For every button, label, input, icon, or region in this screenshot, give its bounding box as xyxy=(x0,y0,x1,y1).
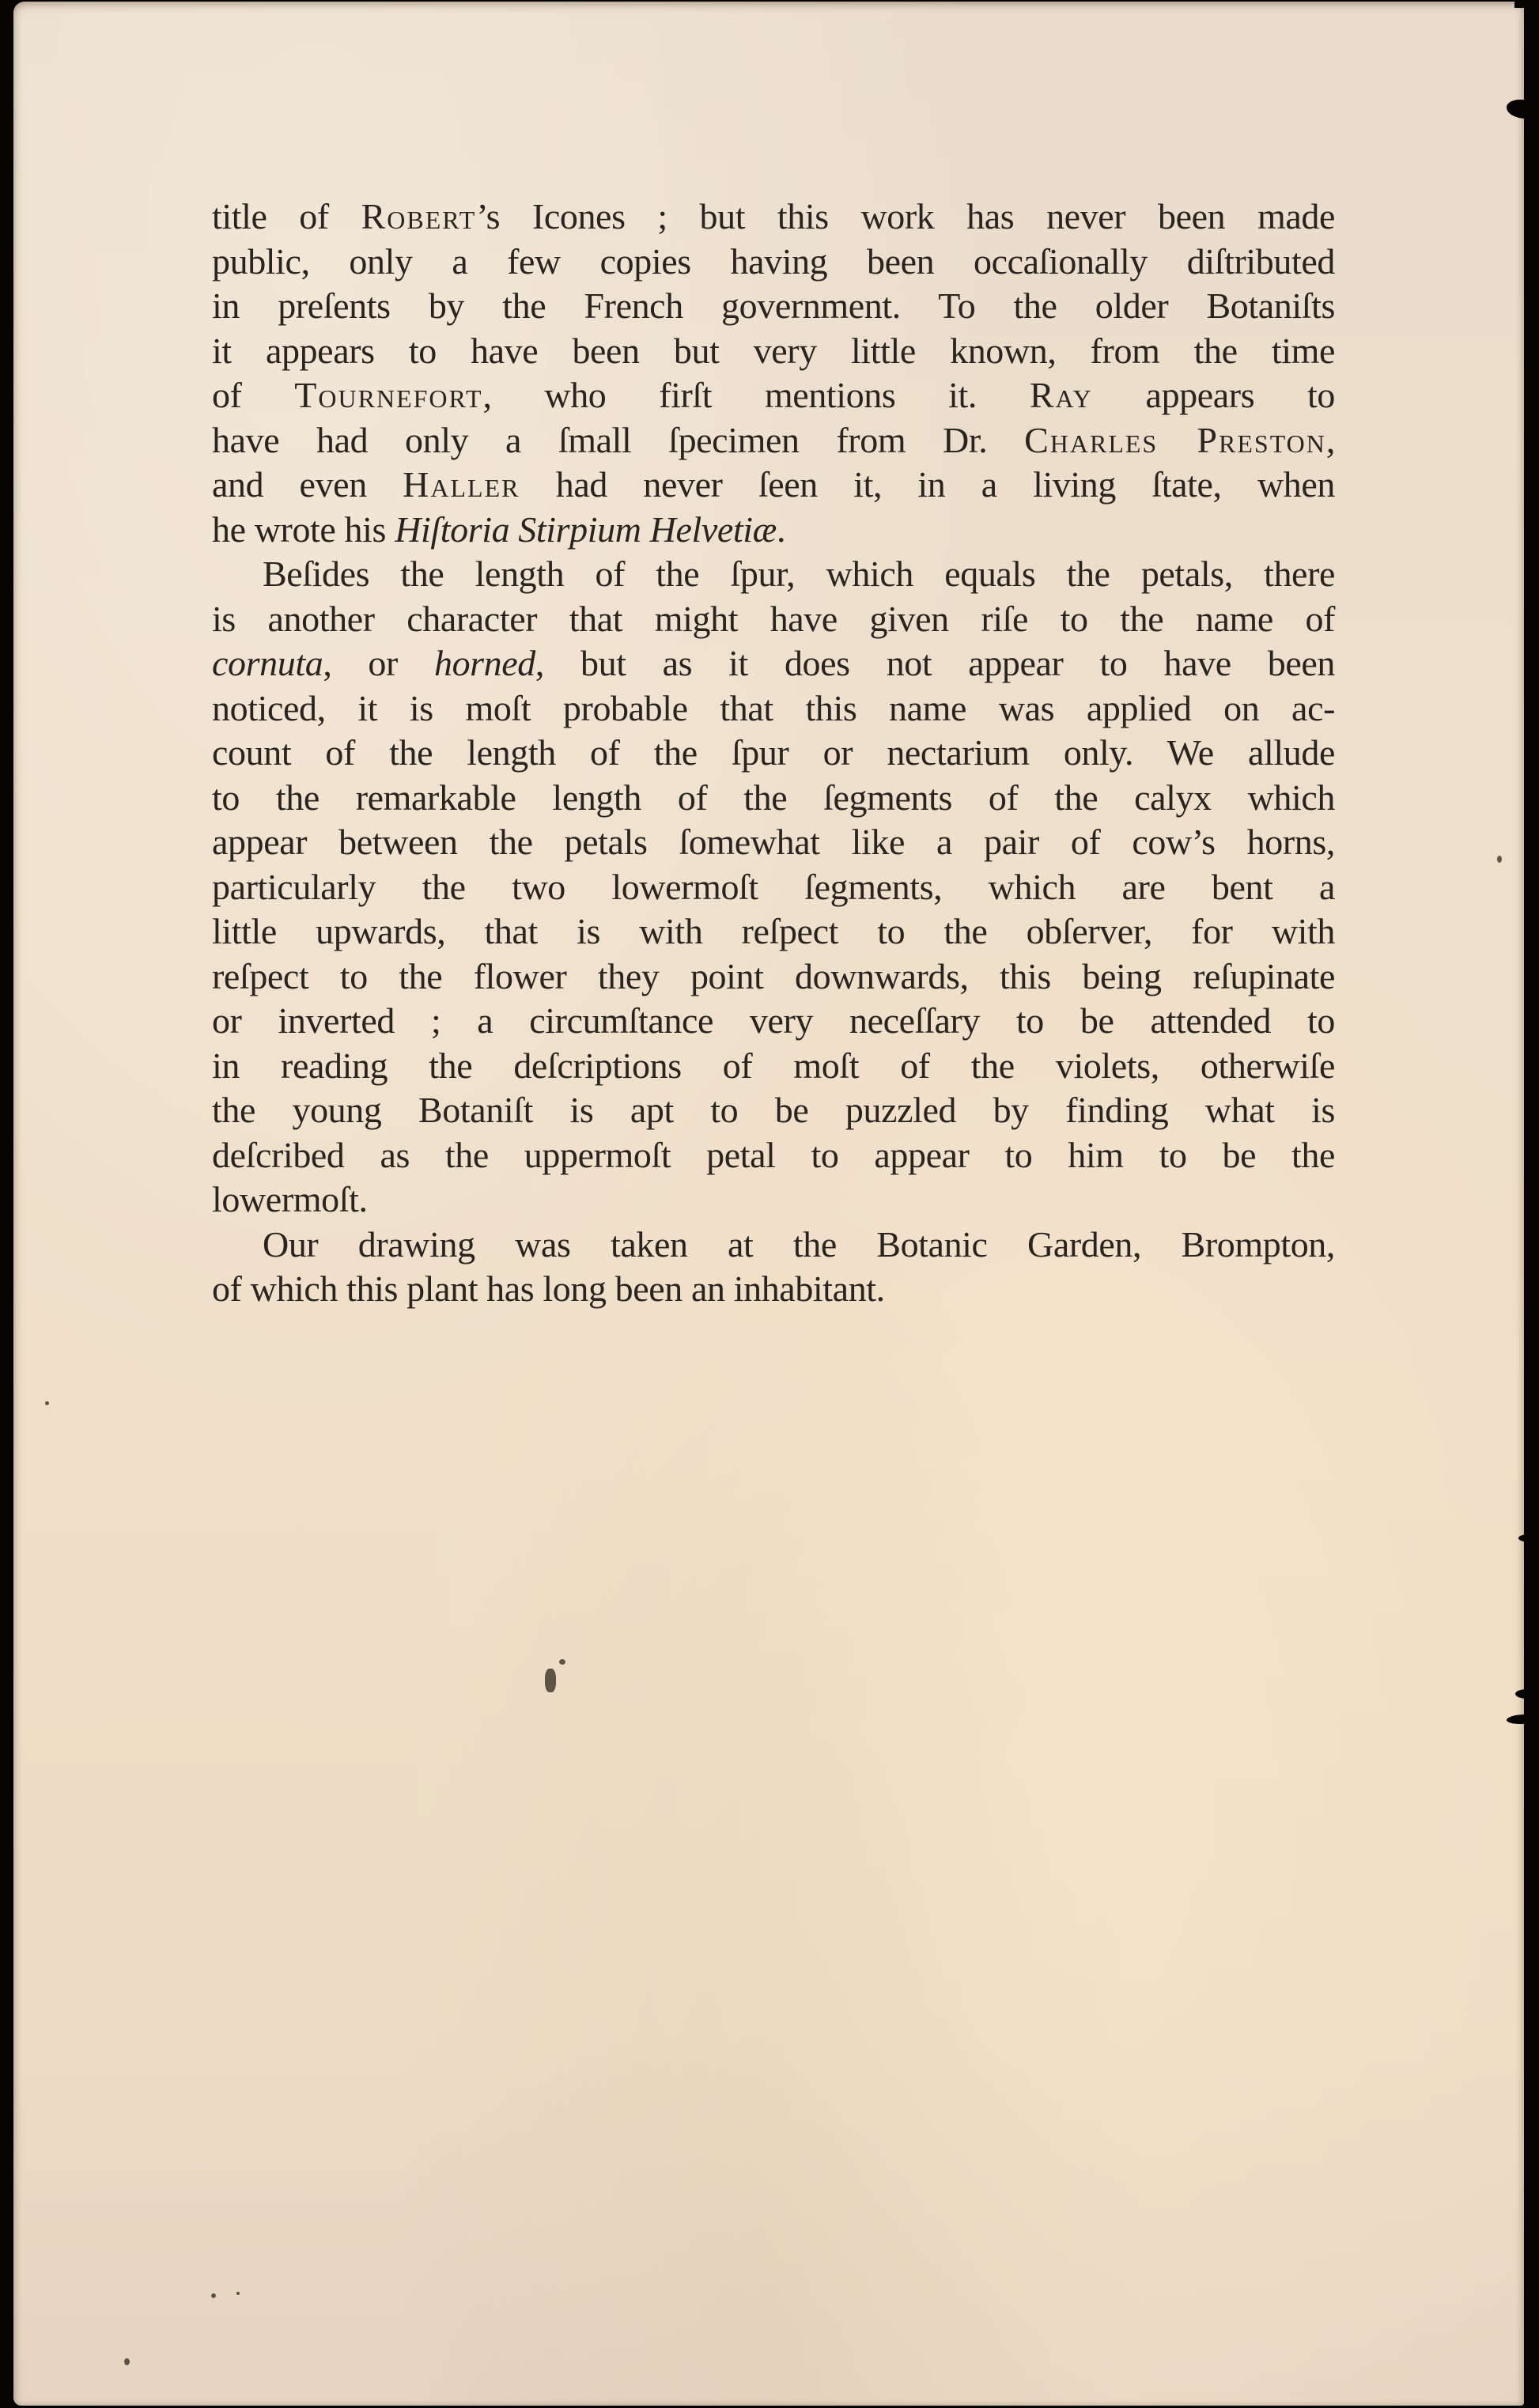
text-run: of xyxy=(212,375,294,415)
edge-tear xyxy=(1507,1714,1539,1724)
text-line: it appears to have been but very little … xyxy=(212,329,1335,374)
edge-tear xyxy=(1514,0,1539,8)
text-run: little upwards, that is with reſpect to … xyxy=(212,911,1335,951)
text-line: little upwards, that is with reſpect to … xyxy=(212,909,1335,955)
text-run: or inverted ; a circumſtance very neceſſ… xyxy=(212,1000,1335,1041)
text-line: appear between the petals ſomewhat like … xyxy=(212,820,1335,865)
ink-speck xyxy=(1497,856,1502,863)
text-run: particularly the two lowermoſt ſegments,… xyxy=(212,867,1335,907)
text-run: , or xyxy=(323,643,434,683)
text-run: Beſides the length of the ſpur, which eq… xyxy=(263,554,1335,594)
text-line: is another character that might have giv… xyxy=(212,597,1335,642)
text-line: to the remarkable length of the ſegments… xyxy=(212,776,1335,821)
italic-term: Hiſtoria Stirpium Helvetiæ xyxy=(395,509,777,550)
text-line: deſcribed as the uppermoſt petal to appe… xyxy=(212,1133,1335,1178)
text-run: count of the length of the ſpur or necta… xyxy=(212,732,1335,773)
small-caps-name: Ray xyxy=(1030,375,1093,415)
text-line: of Tournefort, who firſt mentions it. Ra… xyxy=(212,373,1335,418)
ink-blemish xyxy=(545,1669,556,1692)
text-run: and even xyxy=(212,464,403,505)
ink-speck xyxy=(559,1659,565,1665)
text-run: , xyxy=(1326,420,1335,460)
text-line: count of the length of the ſpur or necta… xyxy=(212,731,1335,776)
text-line: reſpect to the flower they point downwar… xyxy=(212,955,1335,1000)
text-run: noticed, it is moſt probable that this n… xyxy=(212,688,1335,728)
text-line: in reading the deſcriptions of moſt of t… xyxy=(212,1044,1335,1089)
text-run: he wrote his xyxy=(212,509,395,550)
edge-tear xyxy=(1515,1689,1539,1699)
ink-speck xyxy=(236,2292,240,2295)
ink-speck xyxy=(45,1401,49,1405)
text-run: the young Botaniſt is apt to be puzzled … xyxy=(212,1090,1335,1130)
text-run: deſcribed as the uppermoſt petal to appe… xyxy=(212,1135,1335,1175)
small-caps-name: Tournefort xyxy=(294,375,482,415)
text-line: the young Botaniſt is apt to be puzzled … xyxy=(212,1088,1335,1133)
small-caps-name: Robert xyxy=(361,196,477,236)
text-run: in preſents by the French government. To… xyxy=(212,285,1335,326)
text-run: ’s Icones ; but this work has never been… xyxy=(476,196,1335,236)
paragraph: Beſides the length of the ſpur, which eq… xyxy=(212,552,1335,1223)
edge-tear xyxy=(1518,1534,1539,1542)
text-run: of which this plant has long been an inh… xyxy=(212,1268,885,1309)
text-run: in reading the deſcriptions of moſt of t… xyxy=(212,1045,1335,1086)
edge-tear xyxy=(1528,1866,1539,1898)
text-run: have had only a ſmall ſpecimen from Dr. xyxy=(212,420,1024,460)
paragraph: title of Robert’s Icones ; but this work… xyxy=(212,195,1335,552)
text-line: Our drawing was taken at the Botanic Gar… xyxy=(212,1223,1335,1268)
text-run: title of xyxy=(212,196,361,236)
text-line: or inverted ; a circumſtance very neceſſ… xyxy=(212,999,1335,1044)
text-line: public, only a few copies having been oc… xyxy=(212,240,1335,285)
text-line: title of Robert’s Icones ; but this work… xyxy=(212,195,1335,240)
text-run: appears to xyxy=(1093,375,1335,415)
ink-speck xyxy=(124,2358,130,2365)
small-caps-name: Charles Preston xyxy=(1024,420,1326,460)
text-run: it appears to have been but very little … xyxy=(212,331,1335,371)
text-run: , but as it does not appear to have been xyxy=(535,643,1335,683)
text-line: and even Haller had never ſeen it, in a … xyxy=(212,463,1335,508)
text-run: Our drawing was taken at the Botanic Gar… xyxy=(263,1224,1335,1264)
paragraph: Our drawing was taken at the Botanic Gar… xyxy=(212,1223,1335,1312)
text-run: had never ſeen it, in a living ſtate, wh… xyxy=(520,464,1335,505)
text-line: in preſents by the French government. To… xyxy=(212,284,1335,329)
text-line: particularly the two lowermoſt ſegments,… xyxy=(212,865,1335,910)
text-line: cornuta, or horned, but as it does not a… xyxy=(212,641,1335,686)
text-run: appear between the petals ſomewhat like … xyxy=(212,822,1335,862)
text-run: reſpect to the flower they point downwar… xyxy=(212,956,1335,996)
text-line: of which this plant has long been an inh… xyxy=(212,1267,1335,1312)
text-line: Beſides the length of the ſpur, which eq… xyxy=(212,552,1335,597)
text-run: , who firſt mentions it. xyxy=(483,375,1030,415)
body-text: title of Robert’s Icones ; but this work… xyxy=(212,195,1335,1312)
italic-term: cornuta xyxy=(212,643,323,683)
small-caps-name: Haller xyxy=(403,464,520,505)
text-run: lowermoſt. xyxy=(212,1179,368,1219)
text-run: public, only a few copies having been oc… xyxy=(212,241,1335,282)
text-line: he wrote his Hiſtoria Stirpium Helvetiæ. xyxy=(212,508,1335,553)
ink-speck xyxy=(211,2293,216,2298)
text-run: is another character that might have giv… xyxy=(212,599,1335,639)
text-line: have had only a ſmall ſpecimen from Dr. … xyxy=(212,418,1335,463)
text-line: lowermoſt. xyxy=(212,1178,1335,1223)
text-run: . xyxy=(777,509,785,550)
text-run: to the remarkable length of the ſegments… xyxy=(212,777,1335,818)
text-line: noticed, it is moſt probable that this n… xyxy=(212,686,1335,731)
italic-term: horned xyxy=(434,643,535,683)
